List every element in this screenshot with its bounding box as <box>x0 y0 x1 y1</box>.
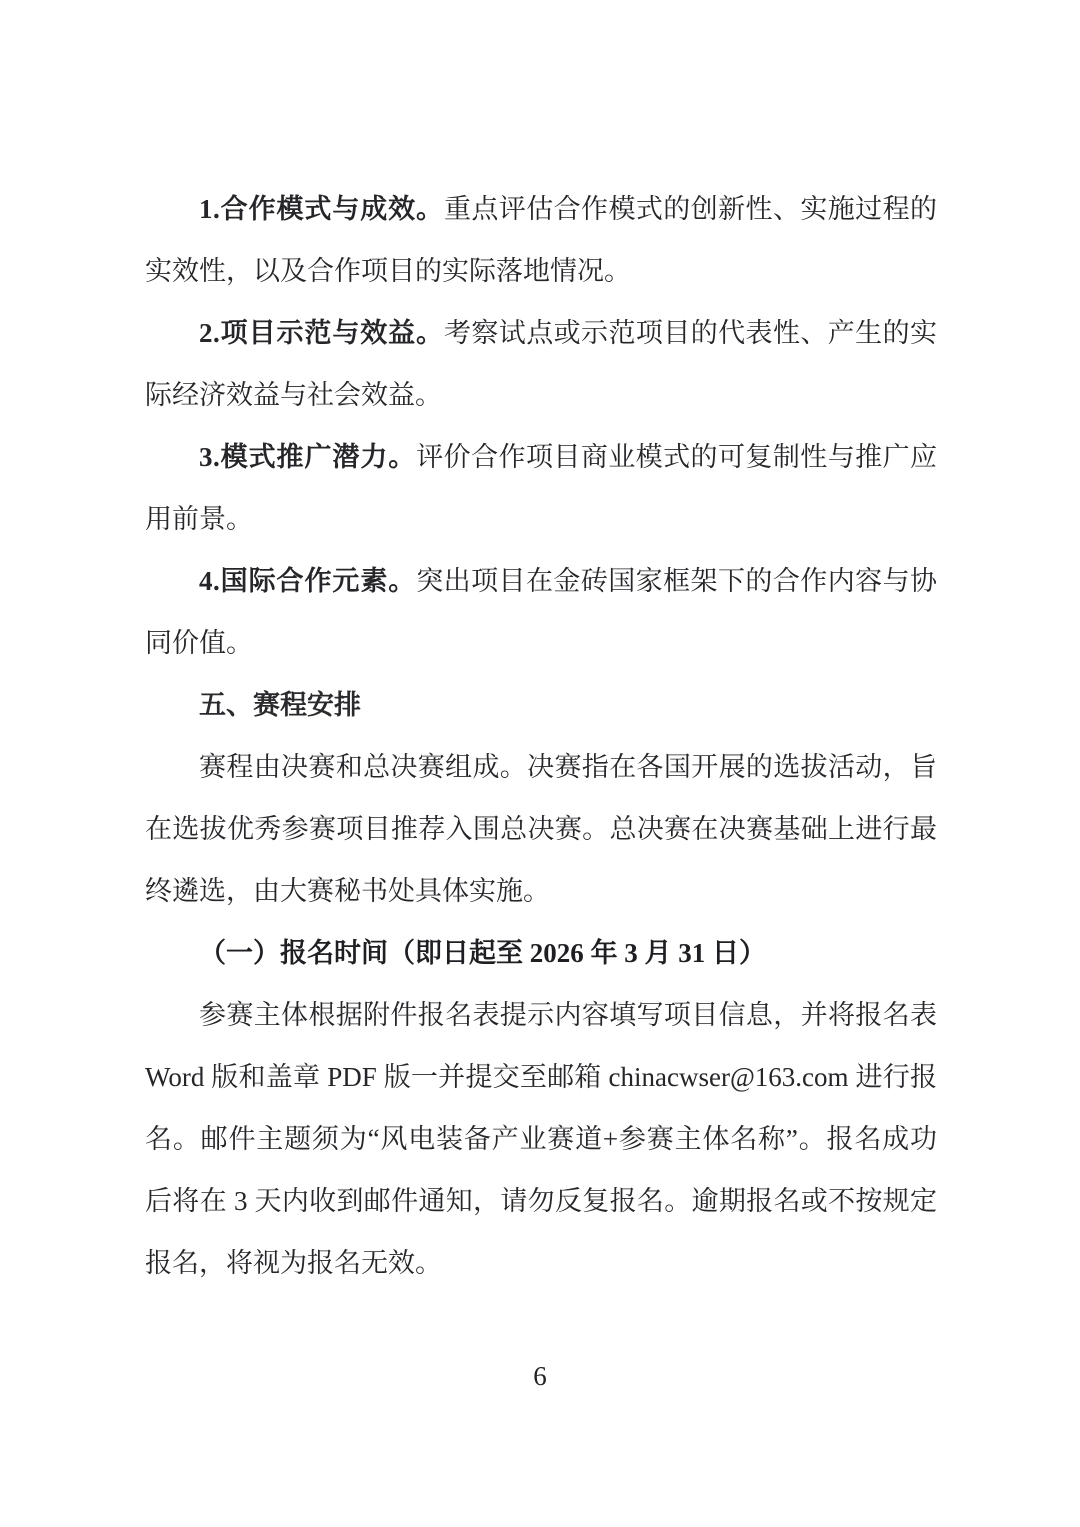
registration-text: 参赛主体根据附件报名表提示内容填写项目信息，并将报名表 Word 版和盖章 PD… <box>145 1000 937 1278</box>
criterion-4-title: 4.国际合作元素。 <box>199 566 416 596</box>
criterion-paragraph-1: 1.合作模式与成效。重点评估合作模式的创新性、实施过程的实效性，以及合作项目的实… <box>145 178 937 302</box>
criterion-paragraph-4: 4.国际合作元素。突出项目在金砖国家框架下的合作内容与协同价值。 <box>145 550 937 674</box>
page-number: 6 <box>533 1361 547 1391</box>
document-page: 1.合作模式与成效。重点评估合作模式的创新性、实施过程的实效性，以及合作项目的实… <box>0 0 1080 1527</box>
criterion-2-title: 2.项目示范与效益。 <box>199 318 444 348</box>
criterion-1-title: 1.合作模式与成效。 <box>199 194 444 224</box>
page-footer: 6 <box>0 1358 1080 1394</box>
criterion-paragraph-2: 2.项目示范与效益。考察试点或示范项目的代表性、产生的实际经济效益与社会效益。 <box>145 302 937 426</box>
section-body-paragraph: 赛程由决赛和总决赛组成。决赛指在各国开展的选拔活动，旨在选拔优秀参赛项目推荐入围… <box>145 736 937 922</box>
section-heading: 五、赛程安排 <box>145 674 937 736</box>
criterion-3-title: 3.模式推广潜力。 <box>199 442 416 472</box>
subsection-heading: （一）报名时间（即日起至 2026 年 3 月 31 日） <box>145 922 937 984</box>
document-body: 1.合作模式与成效。重点评估合作模式的创新性、实施过程的实效性，以及合作项目的实… <box>145 178 937 1294</box>
registration-paragraph: 参赛主体根据附件报名表提示内容填写项目信息，并将报名表 Word 版和盖章 PD… <box>145 984 937 1294</box>
section-body-text: 赛程由决赛和总决赛组成。决赛指在各国开展的选拔活动，旨在选拔优秀参赛项目推荐入围… <box>145 752 937 906</box>
criterion-paragraph-3: 3.模式推广潜力。评价合作项目商业模式的可复制性与推广应用前景。 <box>145 426 937 550</box>
